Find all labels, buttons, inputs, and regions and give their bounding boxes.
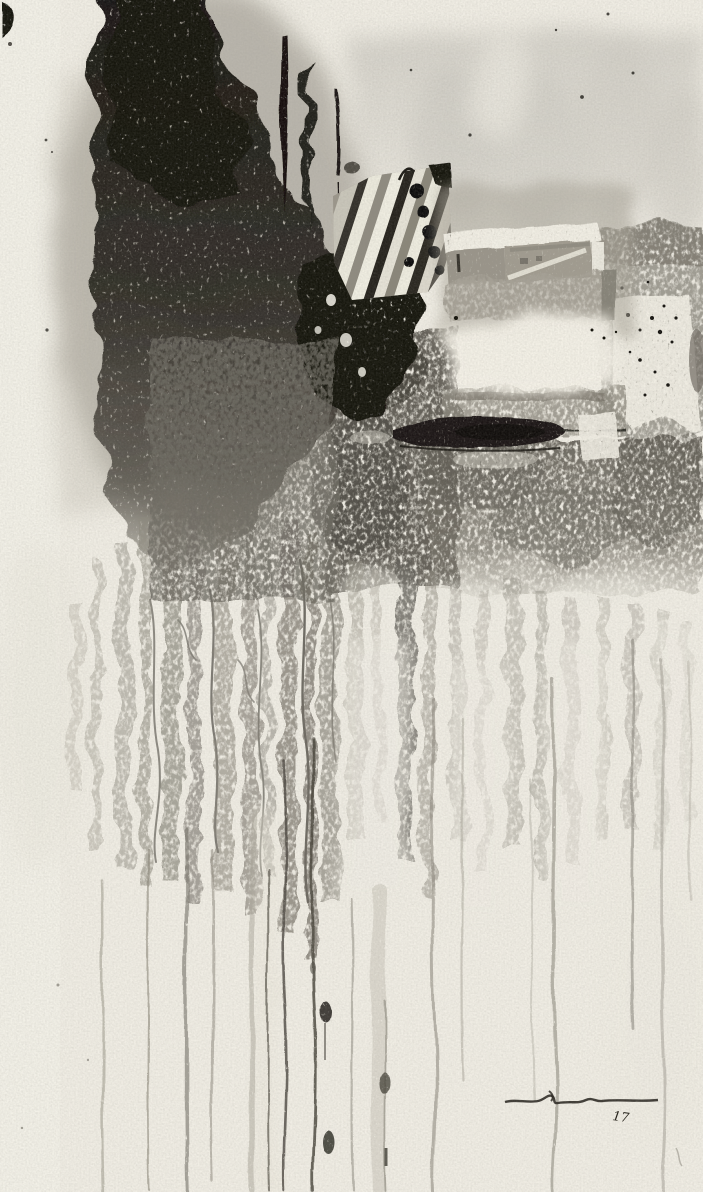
painting-canvas: 17 — [0, 0, 703, 1192]
grain-overlay — [0, 0, 703, 1192]
ink-wash-painting: 17 — [0, 0, 703, 1192]
